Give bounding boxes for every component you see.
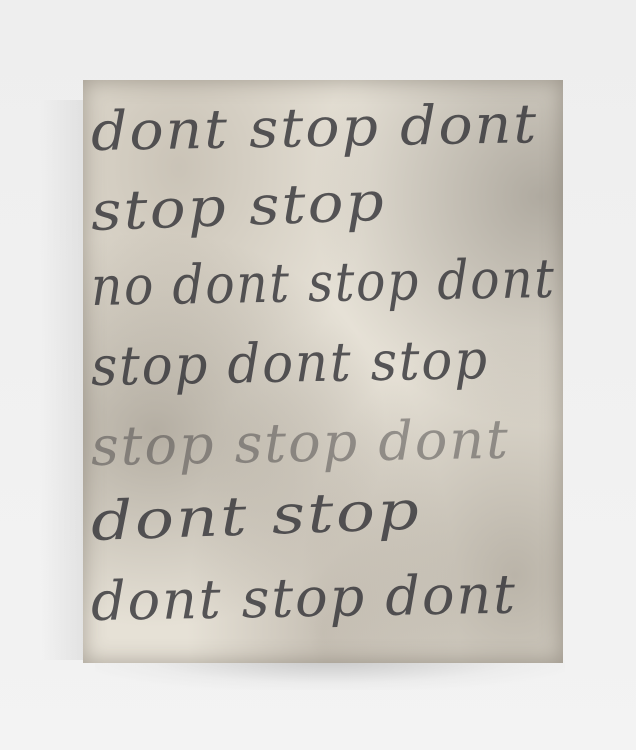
scrawl-line-5: stop stop dont xyxy=(90,408,510,478)
wall-shadow-left xyxy=(40,100,85,660)
wall-shadow-bottom xyxy=(95,660,565,690)
scrawl-line-7: dont stop dont xyxy=(90,563,517,633)
scrawl-line-3: no dont stop dont xyxy=(90,247,556,318)
scrawl-line-6: dont stop xyxy=(90,478,422,552)
painting-canvas: dont stop dont stop stop no dont stop do… xyxy=(83,80,563,663)
scrawl-line-2: stop stop xyxy=(90,170,387,243)
scrawl-line-1: dont stop dont xyxy=(90,92,538,163)
scrawl-line-4: stop dont stop xyxy=(90,328,489,398)
